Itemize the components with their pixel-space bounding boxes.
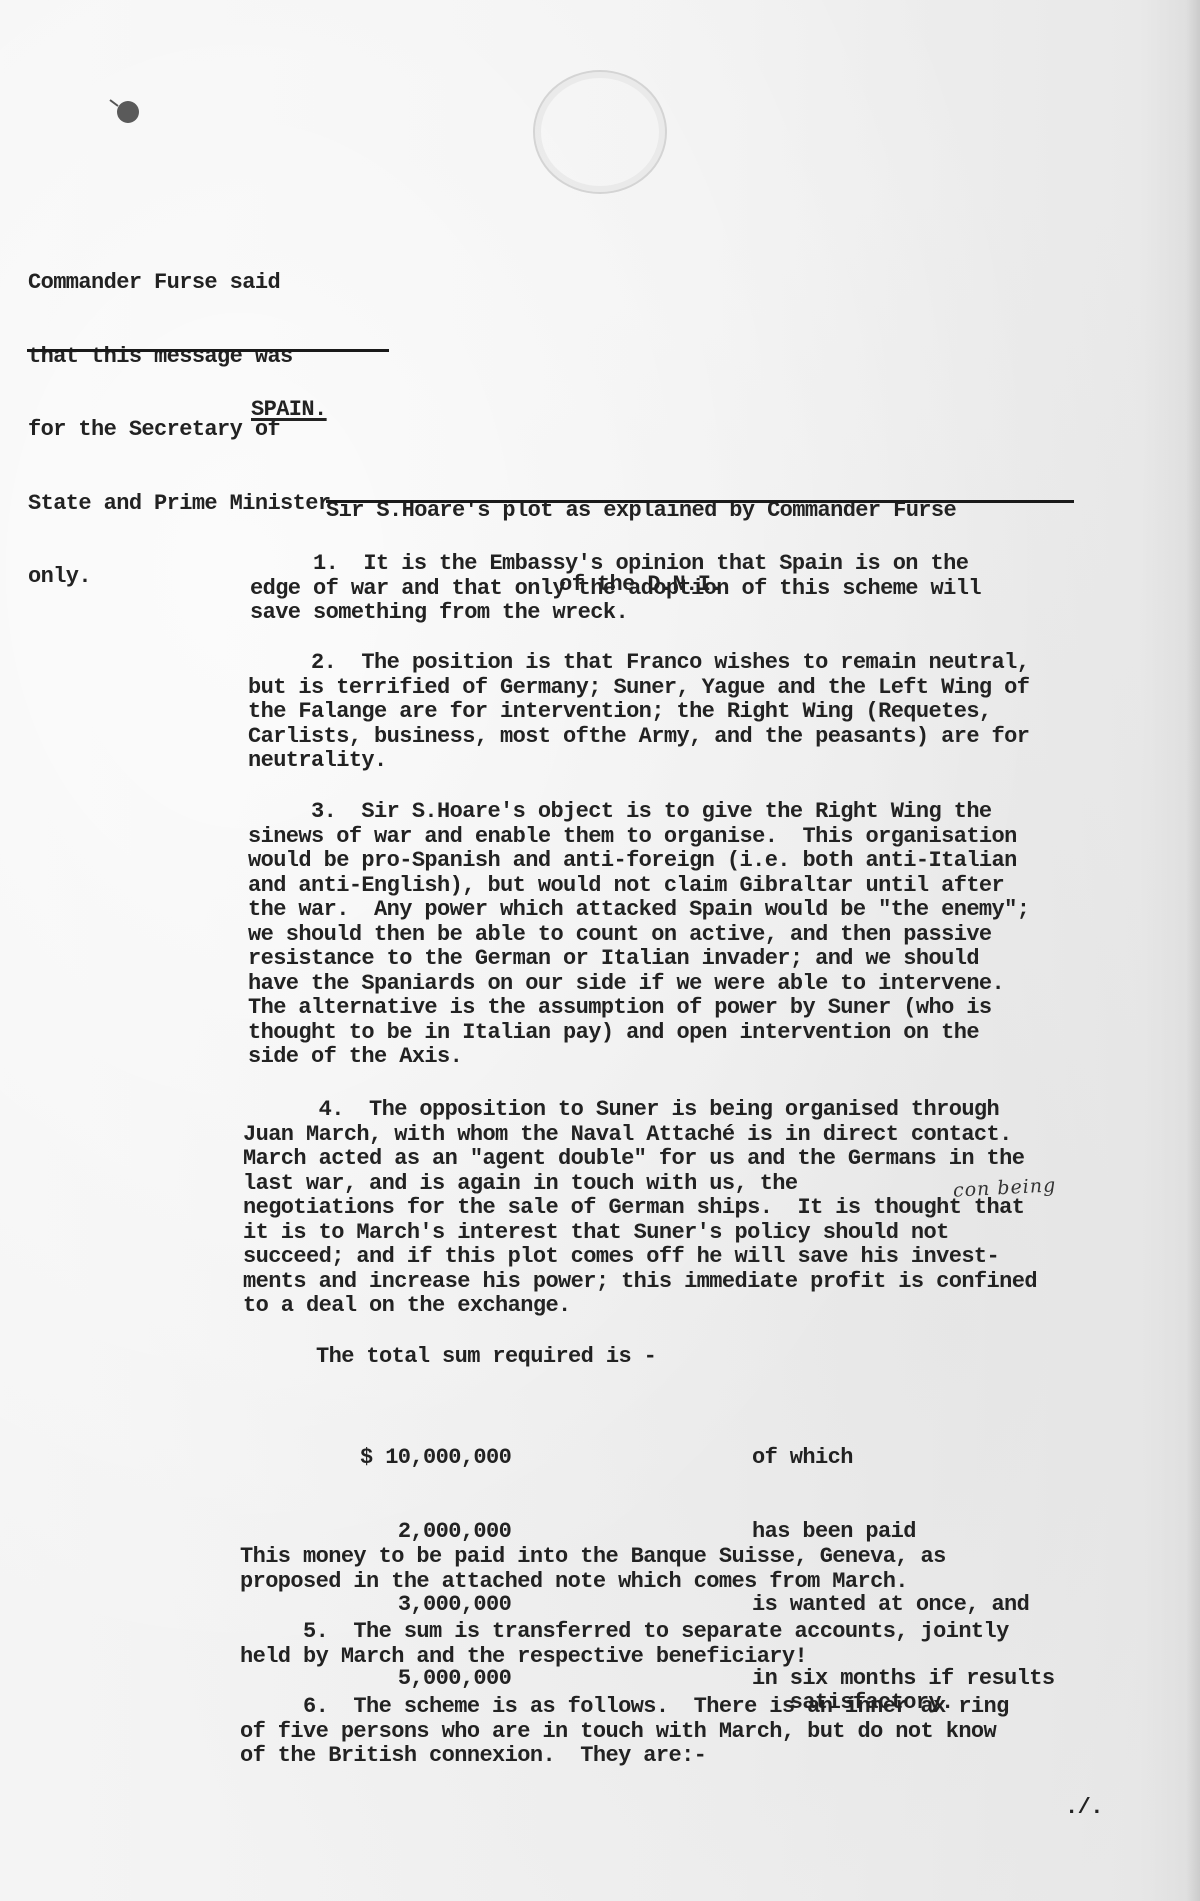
paragraph-money: This money to be paid into the Banque Su… — [240, 1545, 946, 1594]
ink-blot-icon — [108, 96, 148, 126]
sum-amount: 3,000,000 — [360, 1593, 511, 1618]
sum-description: is wanted at once, and — [752, 1593, 1054, 1618]
sum-intro: The total sum required is - — [316, 1345, 656, 1370]
paragraph-6: 6. The scheme is as follows. There is an… — [240, 1695, 1009, 1769]
margin-note-line: Commander Furse said — [28, 271, 330, 296]
sum-amount: 5,000,000 — [360, 1667, 511, 1692]
margin-note-underline — [27, 349, 389, 352]
continuation-mark: ./. — [1065, 1796, 1103, 1821]
title-underline — [326, 500, 1074, 503]
paragraph-3: 3. Sir S.Hoare's object is to give the R… — [248, 800, 1029, 1070]
sum-description: has been paid — [752, 1520, 1054, 1545]
sum-amount: $ 10,000,000 — [360, 1446, 511, 1471]
paragraph-5: 5. The sum is transferred to separate ac… — [240, 1620, 1009, 1669]
paragraph-4: 4. The opposition to Suner is being orga… — [243, 1098, 1037, 1319]
embossed-seal-icon — [533, 70, 667, 194]
paragraph-1: 1. It is the Embassy's opinion that Spai… — [250, 552, 981, 626]
paragraph-2: 2. The position is that Franco wishes to… — [248, 651, 1029, 774]
sum-description: of which — [752, 1446, 1054, 1471]
margin-note-line: State and Prime Minister — [28, 492, 330, 517]
sum-amount: 2,000,000 — [360, 1520, 511, 1545]
page-edge-shadow — [1186, 0, 1200, 1901]
document-heading: SPAIN. — [251, 398, 327, 423]
